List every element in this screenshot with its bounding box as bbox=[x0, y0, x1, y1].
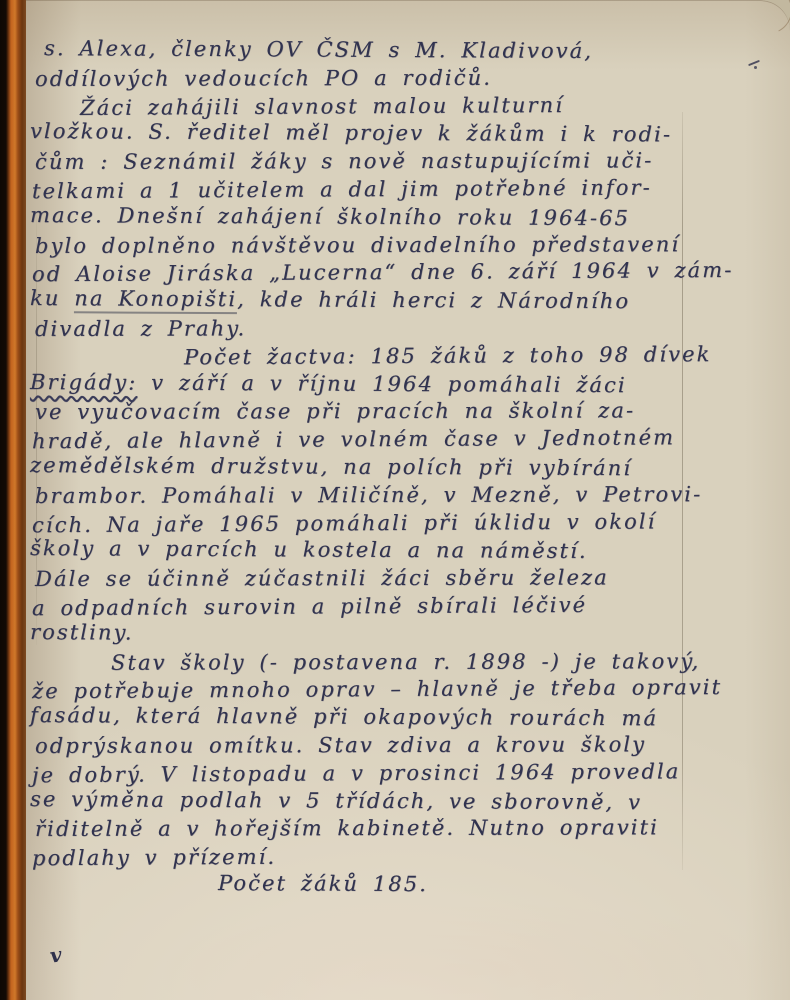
handwritten-line: Počet žáků 185. bbox=[30, 869, 772, 901]
chronicle-page-photo: s. Alexa, členky OV ČSM s M. Kladivová,o… bbox=[0, 0, 790, 1000]
handwritten-line: ve vyučovacím čase při pracích na školní… bbox=[35, 397, 772, 427]
text-segment: cích. Na jaře 1965 pomáhali při úklidu v… bbox=[32, 509, 657, 537]
text-segment: že potřebuje mnoho oprav – hlavně je tře… bbox=[32, 675, 722, 703]
text-segment: podlahy v přízemí. bbox=[32, 845, 276, 870]
underlined-text: Brigády: bbox=[30, 370, 137, 395]
handwritten-line: že potřebuje mnoho oprav – hlavně je tře… bbox=[32, 674, 772, 706]
handwritten-line: se výměna podlah v 5 třídách, ve sborovn… bbox=[30, 786, 772, 818]
handwritten-line: brambor. Pomáhali v Miličíně, v Mezně, v… bbox=[35, 481, 772, 511]
handwritten-line: bylo doplněno návštěvou divadelního před… bbox=[35, 231, 772, 261]
handwritten-line: podlahy v přízemí. bbox=[32, 841, 772, 873]
handwritten-line: od Aloise Jiráska „Lucerna“ dne 6. září … bbox=[32, 257, 772, 289]
handwritten-text: s. Alexa, členky OV ČSM s M. Kladivová,o… bbox=[30, 37, 772, 899]
text-segment: brambor. Pomáhali v Miličíně, v Mezně, v… bbox=[35, 482, 702, 508]
text-segment: řiditelně a v hořejším kabinetě. Nutno o… bbox=[35, 816, 659, 842]
text-segment: v září a v říjnu 1964 pomáhali žáci bbox=[137, 370, 627, 397]
text-segment: Žáci zahájili slavnost malou kulturní bbox=[80, 93, 564, 120]
handwritten-line: školy a v parcích u kostela a na náměstí… bbox=[30, 535, 772, 567]
text-segment: odprýskanou omítku. Stav zdiva a krovu š… bbox=[35, 732, 646, 758]
text-segment: zemědělském družstvu, na polích při vybí… bbox=[30, 453, 632, 480]
handwritten-line: s. Alexa, členky OV ČSM s M. Kladivová, bbox=[30, 35, 772, 67]
page-corner-curl bbox=[738, 0, 790, 40]
text-segment: Dále se účinně zúčastnili žáci sběru žel… bbox=[35, 566, 609, 592]
text-segment: s. Alexa, členky OV ČSM s M. Kladivová, bbox=[44, 36, 593, 63]
text-segment: fasádu, která hlavně při okapových rourá… bbox=[30, 703, 658, 730]
handwritten-line: mace. Dnešní zahájení školního roku 1964… bbox=[30, 202, 772, 234]
text-segment: ku bbox=[30, 286, 74, 310]
text-segment: hradě, ale hlavně i ve volném čase v Jed… bbox=[32, 425, 675, 453]
book-spine bbox=[0, 0, 26, 1000]
handwritten-line: Počet žactva: 185 žáků z toho 98 dívek bbox=[32, 341, 772, 373]
text-segment: ve vyučovacím čase při pracích na školní… bbox=[35, 399, 635, 425]
text-segment: školy a v parcích u kostela a na náměstí… bbox=[30, 536, 588, 563]
text-segment: , kde hráli herci z Národního bbox=[237, 287, 630, 313]
text-segment: vložkou. S. ředitel měl projev k žákům i… bbox=[30, 119, 672, 146]
text-segment: je dobrý. V listopadu a v prosinci 1964 … bbox=[32, 759, 681, 787]
text-segment: divadla z Prahy. bbox=[35, 316, 246, 341]
handwritten-line: hradě, ale hlavně i ve volném čase v Jed… bbox=[32, 424, 772, 456]
text-segment: od Aloise Jiráska „Lucerna“ dne 6. září … bbox=[32, 258, 734, 286]
handwritten-line: je dobrý. V listopadu a v prosinci 1964 … bbox=[32, 757, 772, 789]
text-segment: oddílových vedoucích PO a rodičů. bbox=[35, 66, 492, 91]
handwritten-line: divadla z Prahy. bbox=[35, 314, 772, 344]
text-segment: bylo doplněno návštěvou divadelního před… bbox=[35, 232, 680, 258]
handwritten-line: zemědělském družstvu, na polích při vybí… bbox=[30, 452, 772, 484]
text-segment: čům : Seznámil žáky s nově nastupujícími… bbox=[35, 149, 653, 175]
handwritten-line: oddílových vedoucích PO a rodičů. bbox=[35, 64, 772, 94]
text-segment: mace. Dnešní zahájení školního roku 1964… bbox=[30, 203, 630, 230]
handwritten-line: čům : Seznámil žáky s nově nastupujícími… bbox=[35, 147, 772, 177]
text-segment: a odpadních surovin a pilně sbírali léči… bbox=[32, 593, 587, 620]
handwritten-line: ku na Konopišti, kde hráli herci z Národ… bbox=[30, 285, 772, 317]
text-segment: Počet žáků 185. bbox=[218, 871, 428, 896]
handwritten-line: Dále se účinně zúčastnili žáci sběru žel… bbox=[35, 564, 772, 594]
text-segment: se výměna podlah v 5 třídách, ve sborovn… bbox=[30, 787, 642, 814]
text-segment: Stav školy (- postavena r. 1898 -) je ta… bbox=[111, 649, 700, 675]
handwritten-line: Brigády: v září a v říjnu 1964 pomáhali … bbox=[30, 369, 772, 401]
text-segment: telkami a 1 učitelem a dal jim potřebné … bbox=[32, 175, 652, 203]
handwritten-line: Stav školy (- postavena r. 1898 -) je ta… bbox=[35, 648, 772, 678]
handwritten-line: odprýskanou omítku. Stav zdiva a krovu š… bbox=[35, 731, 772, 761]
underlined-text: na Konopišti bbox=[74, 286, 237, 314]
handwritten-line: a odpadních surovin a pilně sbírali léči… bbox=[32, 591, 772, 623]
text-segment: rostliny. bbox=[30, 620, 134, 645]
handwritten-line: vložkou. S. ředitel měl projev k žákům i… bbox=[30, 118, 772, 150]
handwritten-line: rostliny. bbox=[30, 619, 772, 651]
text-segment: Počet žactva: 185 žáků z toho 98 dívek bbox=[184, 342, 712, 369]
handwritten-line: fasádu, která hlavně při okapových rourá… bbox=[30, 702, 772, 734]
handwritten-line: řiditelně a v hořejším kabinetě. Nutno o… bbox=[35, 814, 772, 844]
handwritten-line: telkami a 1 učitelem a dal jim potřebné … bbox=[32, 174, 772, 206]
